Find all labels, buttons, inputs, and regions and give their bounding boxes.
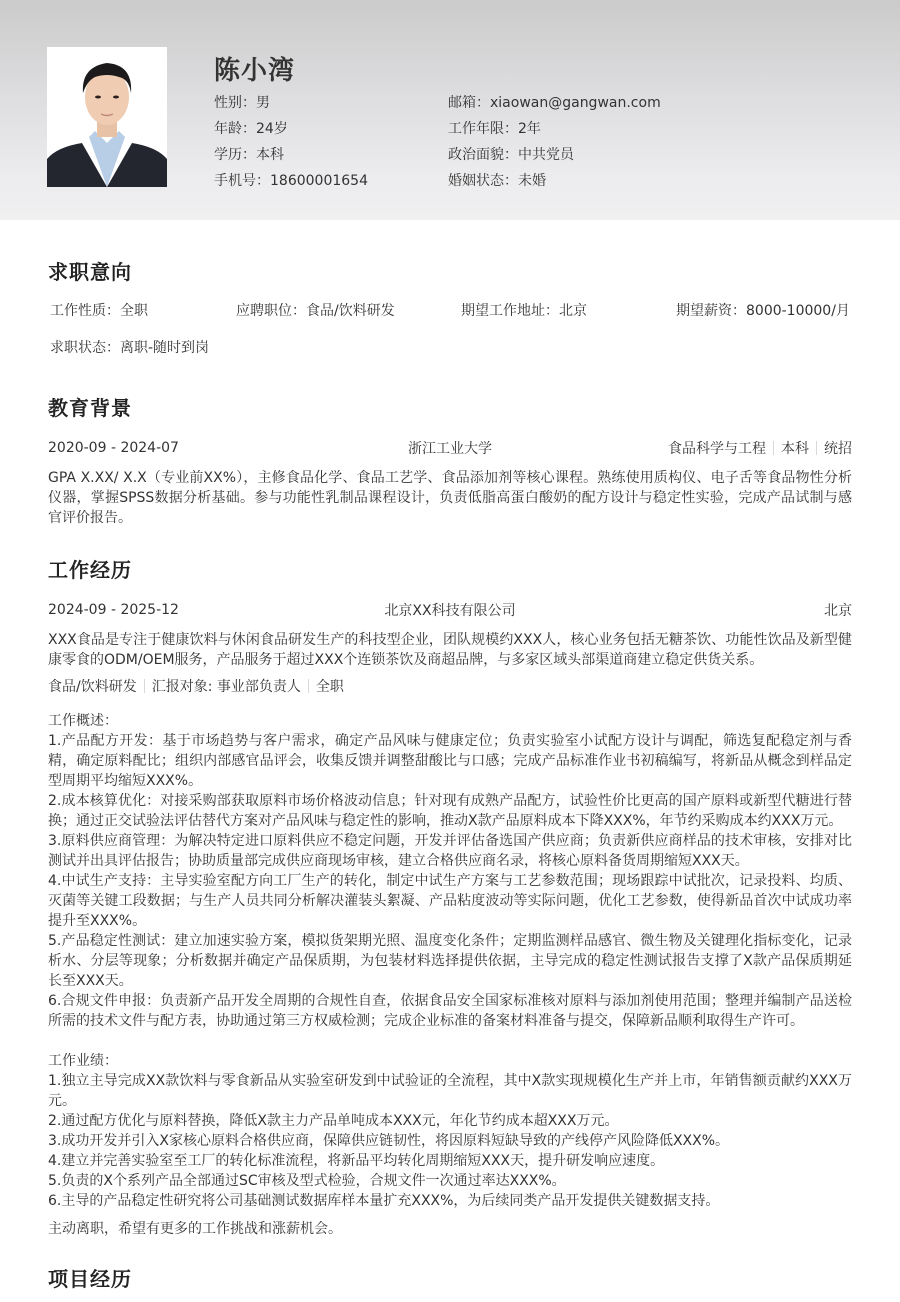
info-label: 工作年限： bbox=[448, 121, 518, 137]
achievement-item: 1.独立主导完成XX款饮料与零食新品从实验室研发到中试验证的全流程，其中X款实现… bbox=[48, 1071, 852, 1111]
achievement-item: 4.建立并完善实验室至工厂的转化标准流程，将新品平均转化周期缩短XXX天，提升研… bbox=[48, 1151, 852, 1171]
intent-label: 期望薪资： bbox=[676, 303, 746, 319]
basic-info-right: 邮箱：xiaowan@gangwan.com 工作年限：2年 政治面貌：中共党员… bbox=[448, 90, 661, 194]
section-projects: 项目经历 bbox=[48, 1239, 852, 1302]
education-header-row: 2020-09 - 2024-07 浙江工业大学 食品科学与工程 本科 统招 bbox=[48, 437, 852, 459]
education-description: GPA X.XX/ X.X（专业前XX%），主修食品化学、食品工艺学、食品添加剂… bbox=[48, 468, 852, 528]
info-value: 24岁 bbox=[256, 121, 288, 137]
info-label: 性别： bbox=[214, 95, 256, 111]
section-title: 工作经历 bbox=[48, 554, 852, 583]
achievements-title: 工作业绩： bbox=[48, 1051, 852, 1071]
work-company: 北京XX科技有限公司 bbox=[384, 600, 515, 620]
info-political-status: 政治面貌：中共党员 bbox=[448, 142, 661, 168]
achievement-item: 5.负责的X个系列产品全部通过SC审核及型式检验，合规文件一次通过率达XXX%。 bbox=[48, 1171, 852, 1191]
info-value: 男 bbox=[256, 95, 270, 111]
education-tags: 食品科学与工程 本科 统招 bbox=[668, 438, 852, 458]
intent-work-type: 工作性质：全职 bbox=[50, 300, 148, 320]
info-work-years: 工作年限：2年 bbox=[448, 116, 661, 142]
work-tag-report-to: 汇报对象: 事业部负责人 bbox=[152, 676, 301, 696]
work-period: 2024-09 - 2025-12 bbox=[48, 602, 179, 618]
intent-label: 工作性质： bbox=[50, 303, 120, 319]
info-label: 学历： bbox=[214, 147, 256, 163]
candidate-name: 陈小湾 bbox=[214, 50, 295, 87]
work-tag-type: 全职 bbox=[316, 676, 344, 696]
person-portrait-icon bbox=[47, 47, 167, 187]
education-major: 食品科学与工程 bbox=[668, 438, 766, 458]
intent-value: 离职-随时到岗 bbox=[120, 340, 209, 356]
work-location: 北京 bbox=[824, 600, 852, 620]
overview-item: 4.中试生产支持：主导实验室配方向工厂生产的转化，制定中试生产方案与工艺参数范围… bbox=[48, 871, 852, 931]
section-title: 求职意向 bbox=[48, 256, 132, 285]
education-degree: 本科 bbox=[781, 438, 809, 458]
info-value: 2年 bbox=[518, 121, 541, 137]
section-title: 项目经历 bbox=[48, 1263, 852, 1292]
intent-row-2: 求职状态：离职-随时到岗 bbox=[50, 337, 209, 357]
section-work: 工作经历 2024-09 - 2025-12 北京XX科技有限公司 北京 XXX… bbox=[48, 528, 852, 1239]
basic-info-left: 性别：男 年龄：24岁 学历：本科 手机号：18600001654 bbox=[214, 90, 368, 194]
info-phone: 手机号：18600001654 bbox=[214, 168, 368, 194]
info-label: 年龄： bbox=[214, 121, 256, 137]
info-label: 政治面貌： bbox=[448, 147, 518, 163]
resume-body: 求职意向 工作性质：全职 应聘职位：食品/饮料研发 期望工作地址：北京 期望薪资… bbox=[0, 220, 900, 1302]
achievement-item: 3.成功开发并引入X家核心原料合格供应商，保障供应链韧性，将因原料短缺导致的产线… bbox=[48, 1131, 852, 1151]
info-value: 未婚 bbox=[518, 173, 546, 189]
info-label: 邮箱： bbox=[448, 95, 490, 111]
section-title: 教育背景 bbox=[48, 392, 852, 421]
achievement-item: 2.通过配方优化与原料替换，降低X款主力产品单吨成本XXX元，年化节约成本超XX… bbox=[48, 1111, 852, 1131]
divider bbox=[308, 679, 309, 693]
info-value: 本科 bbox=[256, 147, 284, 163]
company-description: XXX食品是专注于健康饮料与休闲食品研发生产的科技型企业，团队规模约XXX人，核… bbox=[48, 630, 852, 670]
info-value: 18600001654 bbox=[270, 173, 368, 189]
work-achievements: 工作业绩： 1.独立主导完成XX款饮料与零食新品从实验室研发到中试验证的全流程，… bbox=[48, 1051, 852, 1211]
info-email: 邮箱：xiaowan@gangwan.com bbox=[448, 90, 661, 116]
intent-salary: 期望薪资：8000-10000/月 bbox=[676, 300, 850, 320]
info-value: xiaowan@gangwan.com bbox=[490, 95, 661, 111]
intent-value: 食品/饮料研发 bbox=[306, 303, 395, 319]
intent-value: 全职 bbox=[120, 303, 148, 319]
info-value: 中共党员 bbox=[518, 147, 574, 163]
work-overview: 工作概述： 1.产品配方开发：基于市场趋势与客户需求，确定产品风味与健康定位；负… bbox=[48, 711, 852, 1031]
overview-item: 2.成本核算优化：对接采购部获取原料市场价格波动信息；针对现有成熟产品配方，试验… bbox=[48, 791, 852, 831]
achievement-item: 6.主导的产品稳定性研究将公司基础测试数据库样本量扩充XXX%，为后续同类产品开… bbox=[48, 1191, 852, 1211]
intent-location: 期望工作地址：北京 bbox=[461, 300, 587, 320]
intent-value: 北京 bbox=[559, 303, 587, 319]
info-marital-status: 婚姻状态：未婚 bbox=[448, 168, 661, 194]
education-school: 浙江工业大学 bbox=[408, 438, 492, 458]
overview-title: 工作概述： bbox=[48, 711, 852, 731]
education-type: 统招 bbox=[824, 438, 852, 458]
info-age: 年龄：24岁 bbox=[214, 116, 368, 142]
intent-position: 应聘职位：食品/饮料研发 bbox=[236, 300, 395, 320]
leave-reason: 主动离职，希望有更多的工作挑战和涨薪机会。 bbox=[48, 1219, 852, 1239]
intent-row-1: 工作性质：全职 应聘职位：食品/饮料研发 期望工作地址：北京 期望薪资：8000… bbox=[50, 300, 854, 322]
profile-header: 陈小湾 性别：男 年龄：24岁 学历：本科 手机号：18600001654 邮箱… bbox=[0, 0, 900, 220]
intent-value: 8000-10000/月 bbox=[746, 303, 850, 319]
divider bbox=[144, 679, 145, 693]
info-gender: 性别：男 bbox=[214, 90, 368, 116]
profile-photo bbox=[47, 47, 167, 187]
work-tag-role: 食品/饮料研发 bbox=[48, 676, 137, 696]
overview-item: 5.产品稳定性测试：建立加速实验方案，模拟货架期光照、温度变化条件；定期监测样品… bbox=[48, 931, 852, 991]
divider bbox=[816, 441, 817, 455]
education-period: 2020-09 - 2024-07 bbox=[48, 440, 179, 456]
info-education: 学历：本科 bbox=[214, 142, 368, 168]
overview-item: 3.原料供应商管理：为解决特定进口原料供应不稳定问题，开发并评估备选国产供应商；… bbox=[48, 831, 852, 871]
intent-label: 应聘职位： bbox=[236, 303, 306, 319]
section-education: 教育背景 2020-09 - 2024-07 浙江工业大学 食品科学与工程 本科… bbox=[48, 370, 852, 528]
work-header-row: 2024-09 - 2025-12 北京XX科技有限公司 北京 bbox=[48, 599, 852, 621]
info-label: 手机号： bbox=[214, 173, 270, 189]
intent-label: 期望工作地址： bbox=[461, 303, 559, 319]
info-label: 婚姻状态： bbox=[448, 173, 518, 189]
work-tags: 食品/饮料研发 汇报对象: 事业部负责人 全职 bbox=[48, 676, 852, 696]
overview-item: 1.产品配方开发：基于市场趋势与客户需求，确定产品风味与健康定位；负责实验室小试… bbox=[48, 731, 852, 791]
divider bbox=[773, 441, 774, 455]
section-job-intent: 求职意向 工作性质：全职 应聘职位：食品/饮料研发 期望工作地址：北京 期望薪资… bbox=[48, 220, 852, 370]
overview-item: 6.合规文件申报：负责新产品开发全周期的合规性自查，依据食品安全国家标准核对原料… bbox=[48, 991, 852, 1031]
intent-label: 求职状态： bbox=[50, 340, 120, 356]
